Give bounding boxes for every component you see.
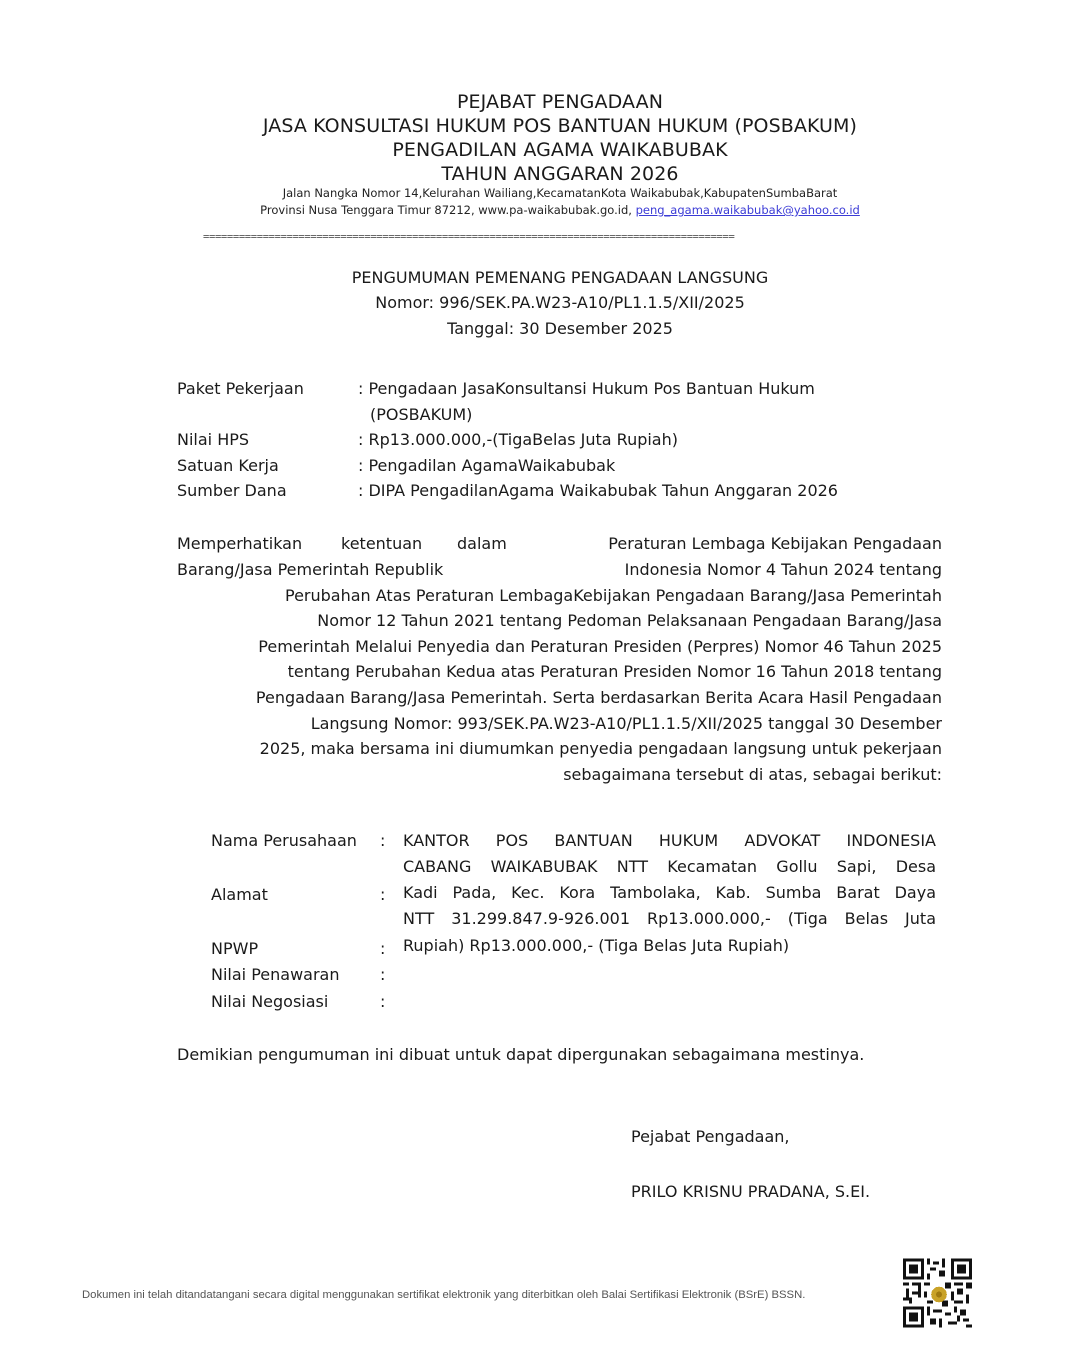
winner-value-line: KANTOR POS BANTUAN HUKUM ADVOKAT INDONES… [403, 830, 936, 852]
header-title-1: PEJABAT PENGADAAN [0, 90, 1080, 114]
winner-label-offer: Nilai Penawaran [211, 964, 339, 986]
paragraph-line: tentang Perubahan Kedua atas Peraturan P… [288, 661, 942, 683]
paragraph-fragment: Indonesia Nomor 4 Tahun 2024 tentang [625, 559, 942, 581]
info-value: : Rp13.000.000,-(TigaBelas Juta Rupiah) [358, 429, 678, 451]
header-address-2: Provinsi Nusa Tenggara Timur 87212, www.… [0, 202, 1080, 219]
winner-label-company: Nama Perusahaan [211, 830, 357, 852]
header-divider: ========================================… [203, 231, 915, 243]
digital-signature-note: Dokumen ini telah ditandatangani secara … [82, 1289, 805, 1301]
info-label: Paket Pekerjaan [177, 378, 304, 400]
paragraph-line: 2025, maka bersama ini diumumkan penyedi… [260, 738, 942, 760]
winner-label-negotiation: Nilai Negosiasi [211, 991, 328, 1013]
header-title-2: JASA KONSULTASI HUKUM POS BANTUAN HUKUM … [0, 114, 1080, 138]
closing-statement: Demikian pengumuman ini dibuat untuk dap… [177, 1044, 864, 1066]
info-value-cont: (POSBAKUM) [370, 404, 472, 426]
info-label: Nilai HPS [177, 429, 249, 451]
paragraph-line: Nomor 12 Tahun 2021 tentang Pedoman Pela… [317, 610, 942, 632]
header-title-4: TAHUN ANGGARAN 2026 [0, 162, 1080, 186]
winner-value-line: NTT 31.299.847.9-926.001 Rp13.000.000,- … [403, 908, 936, 930]
paragraph-word: Memperhatikan [177, 533, 302, 555]
winner-label-address: Alamat [211, 884, 268, 906]
signature-name: PRILO KRISNU PRADANA, S.EI. [631, 1181, 870, 1203]
info-value: : DIPA PengadilanAgama Waikabubak Tahun … [358, 480, 838, 502]
paragraph-line: Perubahan Atas Peraturan LembagaKebijaka… [285, 585, 942, 607]
qr-code-icon[interactable] [903, 1258, 972, 1328]
email-link[interactable]: peng_agama.waikabubak@yahoo.co.id [636, 203, 860, 217]
winner-colon: : [380, 991, 385, 1013]
announcement-date: Tanggal: 30 Desember 2025 [0, 318, 1080, 340]
winner-label-npwp: NPWP [211, 938, 258, 960]
winner-value-line: Kadi Pada, Kec. Kora Tambolaka, Kab. Sum… [403, 882, 936, 904]
winner-colon: : [380, 938, 385, 960]
header-address-1: Jalan Nangka Nomor 14,Kelurahan Wailiang… [0, 185, 1080, 202]
address-prefix: Provinsi Nusa Tenggara Timur 87212, www.… [260, 203, 635, 217]
winner-colon: : [380, 964, 385, 986]
signature-role: Pejabat Pengadaan, [631, 1126, 790, 1148]
paragraph-word: dalam [457, 533, 507, 555]
info-label: Satuan Kerja [177, 455, 279, 477]
paragraph-line: sebagaimana tersebut di atas, sebagai be… [563, 764, 942, 786]
info-label: Sumber Dana [177, 480, 287, 502]
info-value: : Pengadilan AgamaWaikabubak [358, 455, 615, 477]
winner-value-line: CABANG WAIKABUBAK NTT Kecamatan Gollu Sa… [403, 856, 936, 878]
paragraph-word: ketentuan [341, 533, 422, 555]
winner-value-line: Rupiah) Rp13.000.000,- (Tiga Belas Juta … [403, 935, 936, 957]
paragraph-fragment: Barang/Jasa Pemerintah Republik [177, 559, 443, 581]
winner-colon: : [380, 830, 385, 852]
paragraph-line: Langsung Nomor: 993/SEK.PA.W23-A10/PL1.1… [311, 713, 942, 735]
paragraph-line: Pengadaan Barang/Jasa Pemerintah. Serta … [256, 687, 942, 709]
announcement-title: PENGUMUMAN PEMENANG PENGADAAN LANGSUNG [0, 267, 1080, 289]
announcement-number: Nomor: 996/SEK.PA.W23-A10/PL1.1.5/XII/20… [0, 292, 1080, 314]
paragraph-line: Pemerintah Melalui Penyedia dan Peratura… [258, 636, 942, 658]
info-value: : Pengadaan JasaKonsultansi Hukum Pos Ba… [358, 378, 815, 400]
paragraph-word: Peraturan Lembaga Kebijakan Pengadaan [608, 533, 942, 555]
winner-colon: : [380, 884, 385, 906]
header-title-3: PENGADILAN AGAMA WAIKABUBAK [0, 138, 1080, 162]
